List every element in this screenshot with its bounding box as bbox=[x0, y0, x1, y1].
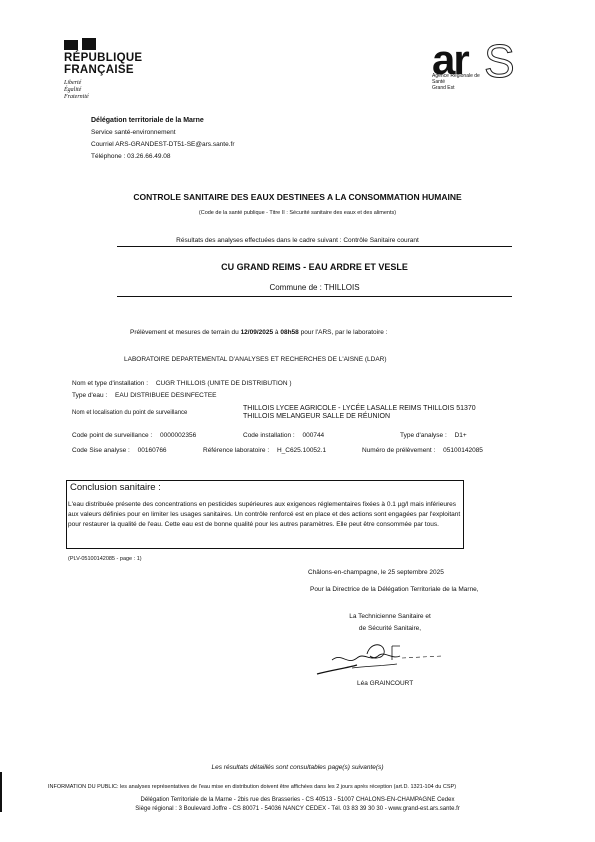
document-reference: (PLV-05100142085 - page : 1) bbox=[68, 556, 142, 562]
sampling-time-prefix: à bbox=[275, 329, 279, 336]
footer-address-headquarters: Siège régional : 3 Boulevard Joffre - CS… bbox=[0, 806, 595, 812]
point-code-value: 0000002356 bbox=[160, 432, 196, 439]
motto-egalite: Égalité bbox=[64, 87, 89, 94]
handwritten-signature-icon bbox=[312, 638, 462, 678]
install-code-value: 000744 bbox=[302, 432, 324, 439]
ars-tagline-line1: Agence Régionale de Santé bbox=[432, 73, 492, 85]
surveillance-point-line2: THILLOIS MELANGEUR SALLE DE RÉUNION bbox=[243, 413, 476, 421]
signature-role: La Technicienne Sanitaire et de Sécurité… bbox=[330, 611, 450, 635]
sample-number-row: Numéro de prélèvement : 05100142085 bbox=[362, 447, 483, 454]
installation-name-value: CUGR THILLOIS (UNITE DE DISTRIBUTION ) bbox=[156, 380, 292, 387]
laboratory-name: LABORATOIRE DEPARTEMENTAL D'ANALYSES ET … bbox=[124, 356, 387, 363]
signature-role-line1: La Technicienne Sanitaire et bbox=[330, 611, 450, 623]
sample-number-value: 05100142085 bbox=[443, 447, 483, 454]
republique-francaise-wordmark: RÉPUBLIQUE FRANÇAISE bbox=[64, 52, 142, 76]
commune-name: Commune de : THILLOIS bbox=[117, 283, 512, 292]
republic-motto: Liberté Égalité Fraternité bbox=[64, 80, 89, 101]
document-subtitle: (Code de la santé publique - Titre II : … bbox=[0, 210, 595, 216]
point-code-label: Code point de surveillance : bbox=[72, 432, 152, 439]
analysis-type-value: D1+ bbox=[455, 432, 467, 439]
ars-logo: ar S Agence Régionale de Santé Grand Est bbox=[432, 40, 552, 100]
marianne-logo-icon bbox=[64, 38, 98, 50]
install-code-label: Code installation : bbox=[243, 432, 295, 439]
ars-tagline-line2: Grand Est bbox=[432, 85, 492, 91]
signatory-name: Léa GRAINCOURT bbox=[357, 680, 413, 687]
water-type-label: Type d'eau : bbox=[72, 392, 107, 399]
point-code-row: Code point de surveillance : 0000002356 bbox=[72, 432, 196, 439]
document-title: CONTROLE SANITAIRE DES EAUX DESTINEES A … bbox=[0, 192, 595, 202]
sampling-time: 08h58 bbox=[280, 329, 298, 336]
network-name: CU GRAND REIMS - EAU ARDRE ET VESLE bbox=[117, 262, 512, 272]
footer-address-delegation: Délégation Territoriale de la Marne - 2b… bbox=[0, 797, 595, 803]
delegation-title: Délégation territoriale de la Marne bbox=[91, 115, 235, 127]
site-code-label: Code Sise analyse : bbox=[72, 447, 130, 454]
motto-fraternite: Fraternité bbox=[64, 94, 89, 101]
water-type-row: Type d'eau : EAU DISTRIBUEE DESINFECTEE bbox=[72, 392, 217, 399]
water-type-value: EAU DISTRIBUEE DESINFECTEE bbox=[115, 392, 217, 399]
delegation-service: Service santé-environnement bbox=[91, 127, 235, 139]
motto-liberte: Liberté bbox=[64, 80, 89, 87]
site-code-value: 00160766 bbox=[138, 447, 167, 454]
install-code-row: Code installation : 000744 bbox=[243, 432, 324, 439]
conclusion-text: L'eau distribuée présente des concentrat… bbox=[68, 500, 463, 530]
installation-name-row: Nom et type d'installation : CUGR THILLO… bbox=[72, 380, 292, 387]
surveillance-point-label: Nom et localisation du point de surveill… bbox=[72, 410, 187, 416]
installation-name-label: Nom et type d'installation : bbox=[72, 380, 148, 387]
lab-ref-label: Référence laboratoire : bbox=[203, 447, 269, 454]
conclusion-title: Conclusion sanitaire : bbox=[70, 482, 161, 493]
surveillance-point-value: THILLOIS LYCEE AGRICOLE - LYCÉE LASALLE … bbox=[243, 405, 476, 421]
sampling-date: 12/09/2025 bbox=[241, 329, 274, 336]
signature-place-date: Châlons-en-champagne, le 25 septembre 20… bbox=[308, 569, 444, 576]
sampling-line: Prélèvement et mesures de terrain du 12/… bbox=[130, 329, 387, 336]
surveillance-point-line1: THILLOIS LYCEE AGRICOLE - LYCÉE LASALLE … bbox=[243, 405, 476, 413]
delegation-email: Courriel ARS-GRANDEST-DT51-SE@ars.sante.… bbox=[91, 139, 235, 151]
signature-role-line2: de Sécurité Sanitaire, bbox=[330, 623, 450, 635]
sample-number-label: Numéro de prélèvement : bbox=[362, 447, 435, 454]
delegation-phone: Téléphone : 03.26.66.49.08 bbox=[91, 151, 235, 163]
public-information-notice: INFORMATION DU PUBLIC: les analyses repr… bbox=[48, 784, 568, 790]
sampling-prefix: Prélèvement et mesures de terrain du bbox=[130, 329, 239, 336]
results-context: Résultats des analyses effectuées dans l… bbox=[0, 237, 595, 244]
site-code-row: Code Sise analyse : 00160766 bbox=[72, 447, 167, 454]
lab-ref-row: Référence laboratoire : H_C625.10052.1 bbox=[203, 447, 326, 454]
lab-ref-value: H_C625.10052.1 bbox=[277, 447, 326, 454]
analysis-type-label: Type d'analyse : bbox=[400, 432, 447, 439]
delegation-block: Délégation territoriale de la Marne Serv… bbox=[91, 115, 235, 163]
francaise-line: FRANÇAISE bbox=[64, 64, 142, 76]
detailed-results-note: Les résultats détaillés sont consultable… bbox=[0, 764, 595, 771]
republique-line: RÉPUBLIQUE bbox=[64, 52, 142, 64]
sampling-suffix: pour l'ARS, par le laboratoire : bbox=[301, 329, 388, 336]
ars-tagline: Agence Régionale de Santé Grand Est bbox=[432, 73, 492, 91]
signature-on-behalf: Pour la Directrice de la Délégation Terr… bbox=[310, 586, 480, 594]
analysis-type-row: Type d'analyse : D1+ bbox=[400, 432, 467, 439]
